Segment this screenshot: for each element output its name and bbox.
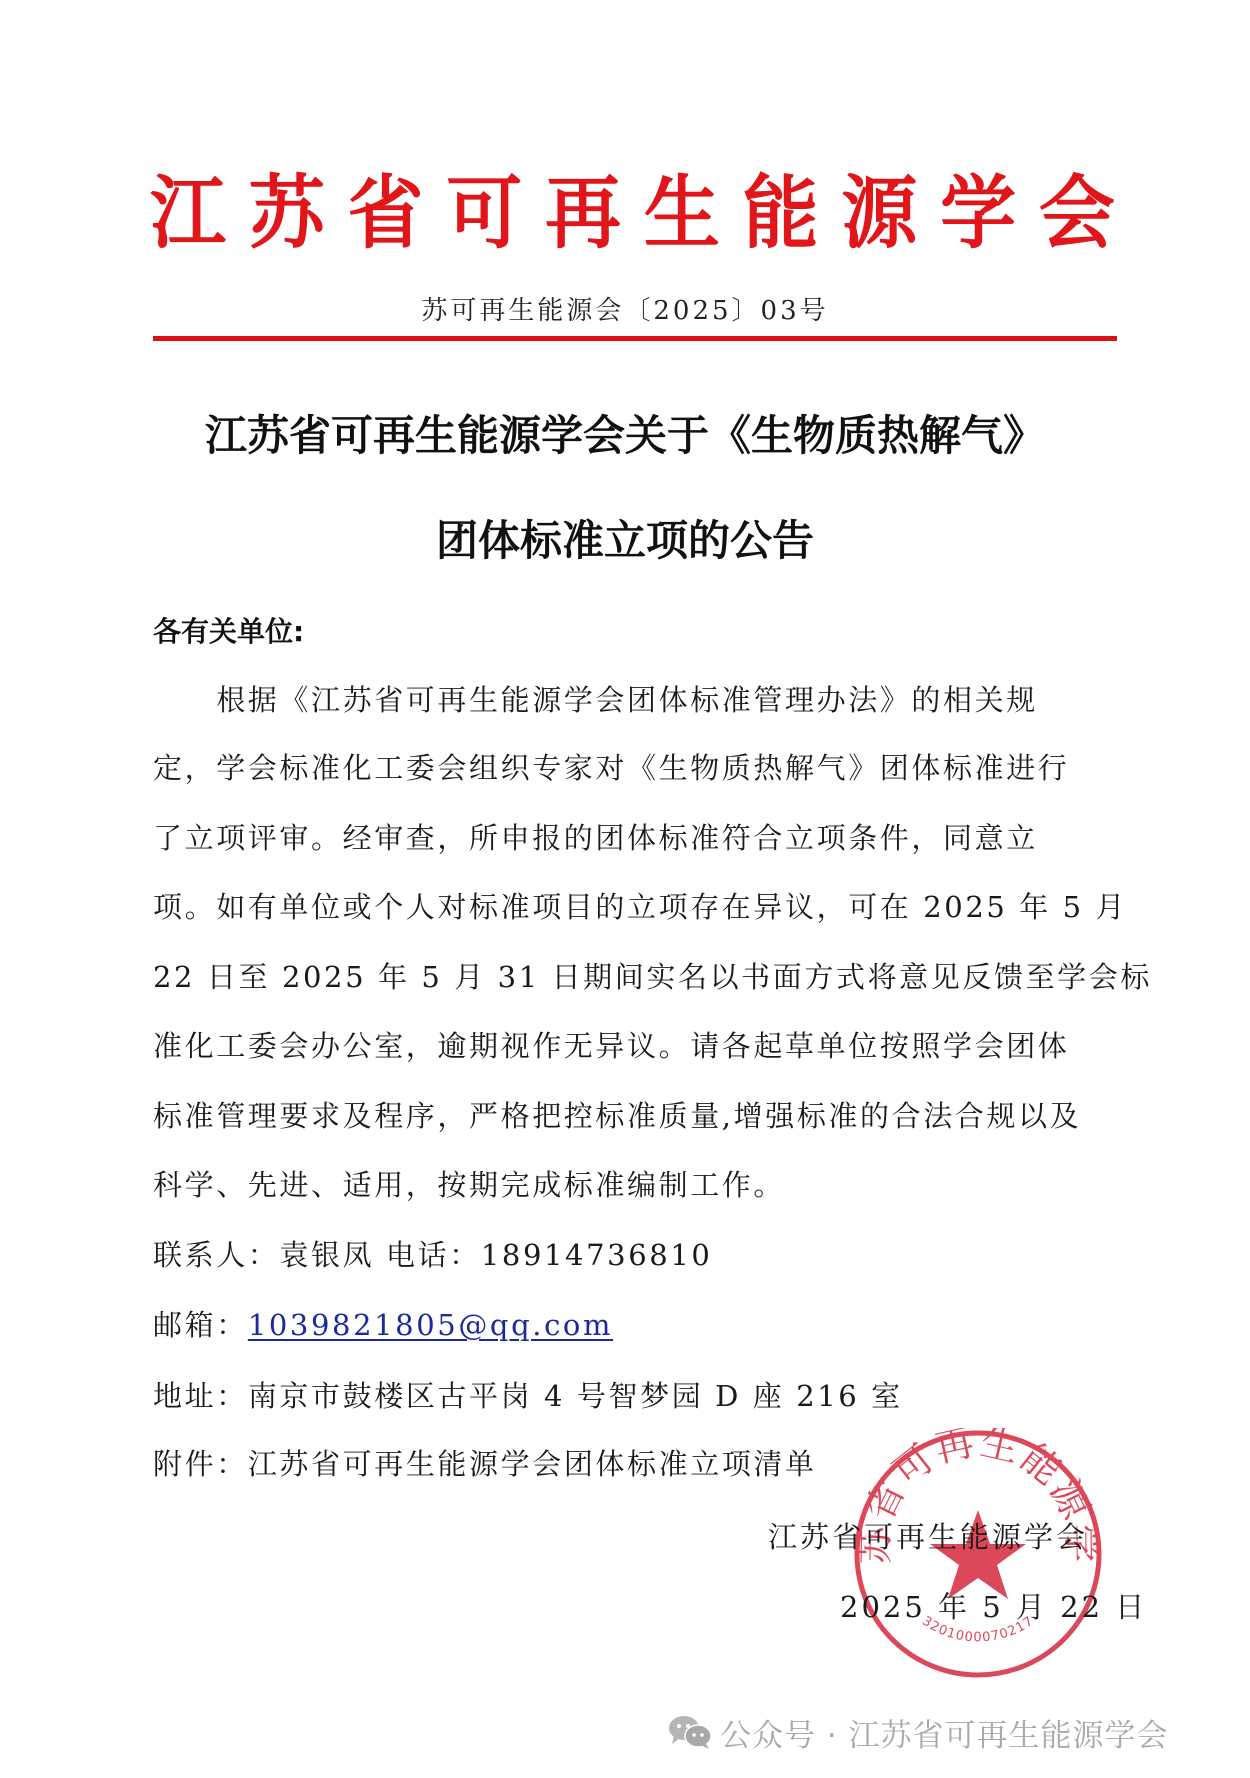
letterhead-char: 源 — [841, 166, 917, 261]
attachment-line: 附件：江苏省可再生能源学会团体标准立项清单 — [153, 1444, 817, 1484]
body-line: 项。如有单位或个人对标准项目的立项存在异议，可在 2025 年 5 月 — [153, 887, 1127, 927]
contact-person-label: 联系人： — [153, 1238, 279, 1272]
email-label: 邮箱： — [153, 1308, 248, 1342]
contact-person-name: 袁银凤 — [279, 1238, 374, 1272]
address-label: 地址： — [153, 1379, 248, 1413]
phone-label: 电话： — [386, 1238, 481, 1272]
document-number: 苏可再生能源会〔2025〕03号 — [0, 294, 1250, 328]
document-title-line-1: 江苏省可再生能源学会关于《生物质热解气》 — [0, 410, 1250, 462]
letterhead-red-rule — [153, 336, 1117, 341]
letterhead-char: 学 — [940, 166, 1016, 261]
wechat-watermark: 公众号 · 江苏省可再生能源学会 — [668, 1712, 1169, 1752]
body-line: 准化工委会办公室，逾期视作无异议。请各起草单位按照学会团体 — [153, 1026, 1069, 1066]
email-link[interactable]: 1039821805@qq.com — [248, 1308, 613, 1342]
address-value: 南京市鼓楼区古平岗 4 号智梦园 D 座 216 室 — [248, 1379, 903, 1413]
body-line: 定，学会标准化工委会组织专家对《生物质热解气》团体标准进行 — [153, 748, 1069, 788]
email-line: 邮箱：1039821805@qq.com — [153, 1305, 613, 1345]
document-title-line-2: 团体标准立项的公告 — [0, 515, 1250, 567]
contact-line: 联系人：袁银凤 电话：18914736810 — [153, 1235, 712, 1275]
letterhead-char: 苏 — [249, 166, 325, 261]
letterhead-char: 能 — [743, 166, 819, 261]
body-line: 根据《江苏省可再生能源学会团体标准管理办法》的相关规 — [153, 680, 1038, 720]
letterhead-char: 生 — [644, 166, 720, 261]
letterhead-org-name: 江 苏 省 可 再 生 能 源 学 会 — [150, 168, 1115, 258]
address-line: 地址：南京市鼓楼区古平岗 4 号智梦园 D 座 216 室 — [153, 1376, 903, 1416]
attachment-value: 江苏省可再生能源学会团体标准立项清单 — [248, 1447, 817, 1481]
wechat-icon — [668, 1714, 712, 1750]
body-line: 科学、先进、适用，按期完成标准编制工作。 — [153, 1165, 785, 1205]
phone-number: 18914736810 — [481, 1238, 713, 1272]
letterhead-char: 江 — [150, 166, 226, 261]
signature-org: 江苏省可再生能源学会 — [768, 1517, 1088, 1557]
watermark-text: 公众号 · 江苏省可再生能源学会 — [720, 1710, 1169, 1755]
letterhead-char: 可 — [446, 166, 522, 261]
signature-date: 2025 年 5 月 22 日 — [840, 1587, 1147, 1627]
letterhead-char: 会 — [1039, 166, 1115, 261]
salutation: 各有关单位: — [153, 613, 304, 651]
body-line: 了立项评审。经审查，所申报的团体标准符合立项条件，同意立 — [153, 818, 1038, 858]
body-line: 22 日至 2025 年 5 月 31 日期间实名以书面方式将意见反馈至学会标 — [153, 957, 1152, 997]
attachment-label: 附件： — [153, 1447, 248, 1481]
letterhead-char: 再 — [545, 166, 621, 261]
body-line: 标准管理要求及程序，严格把控标准质量,增强标准的合法合规以及 — [153, 1096, 1081, 1136]
letterhead-char: 省 — [348, 166, 424, 261]
